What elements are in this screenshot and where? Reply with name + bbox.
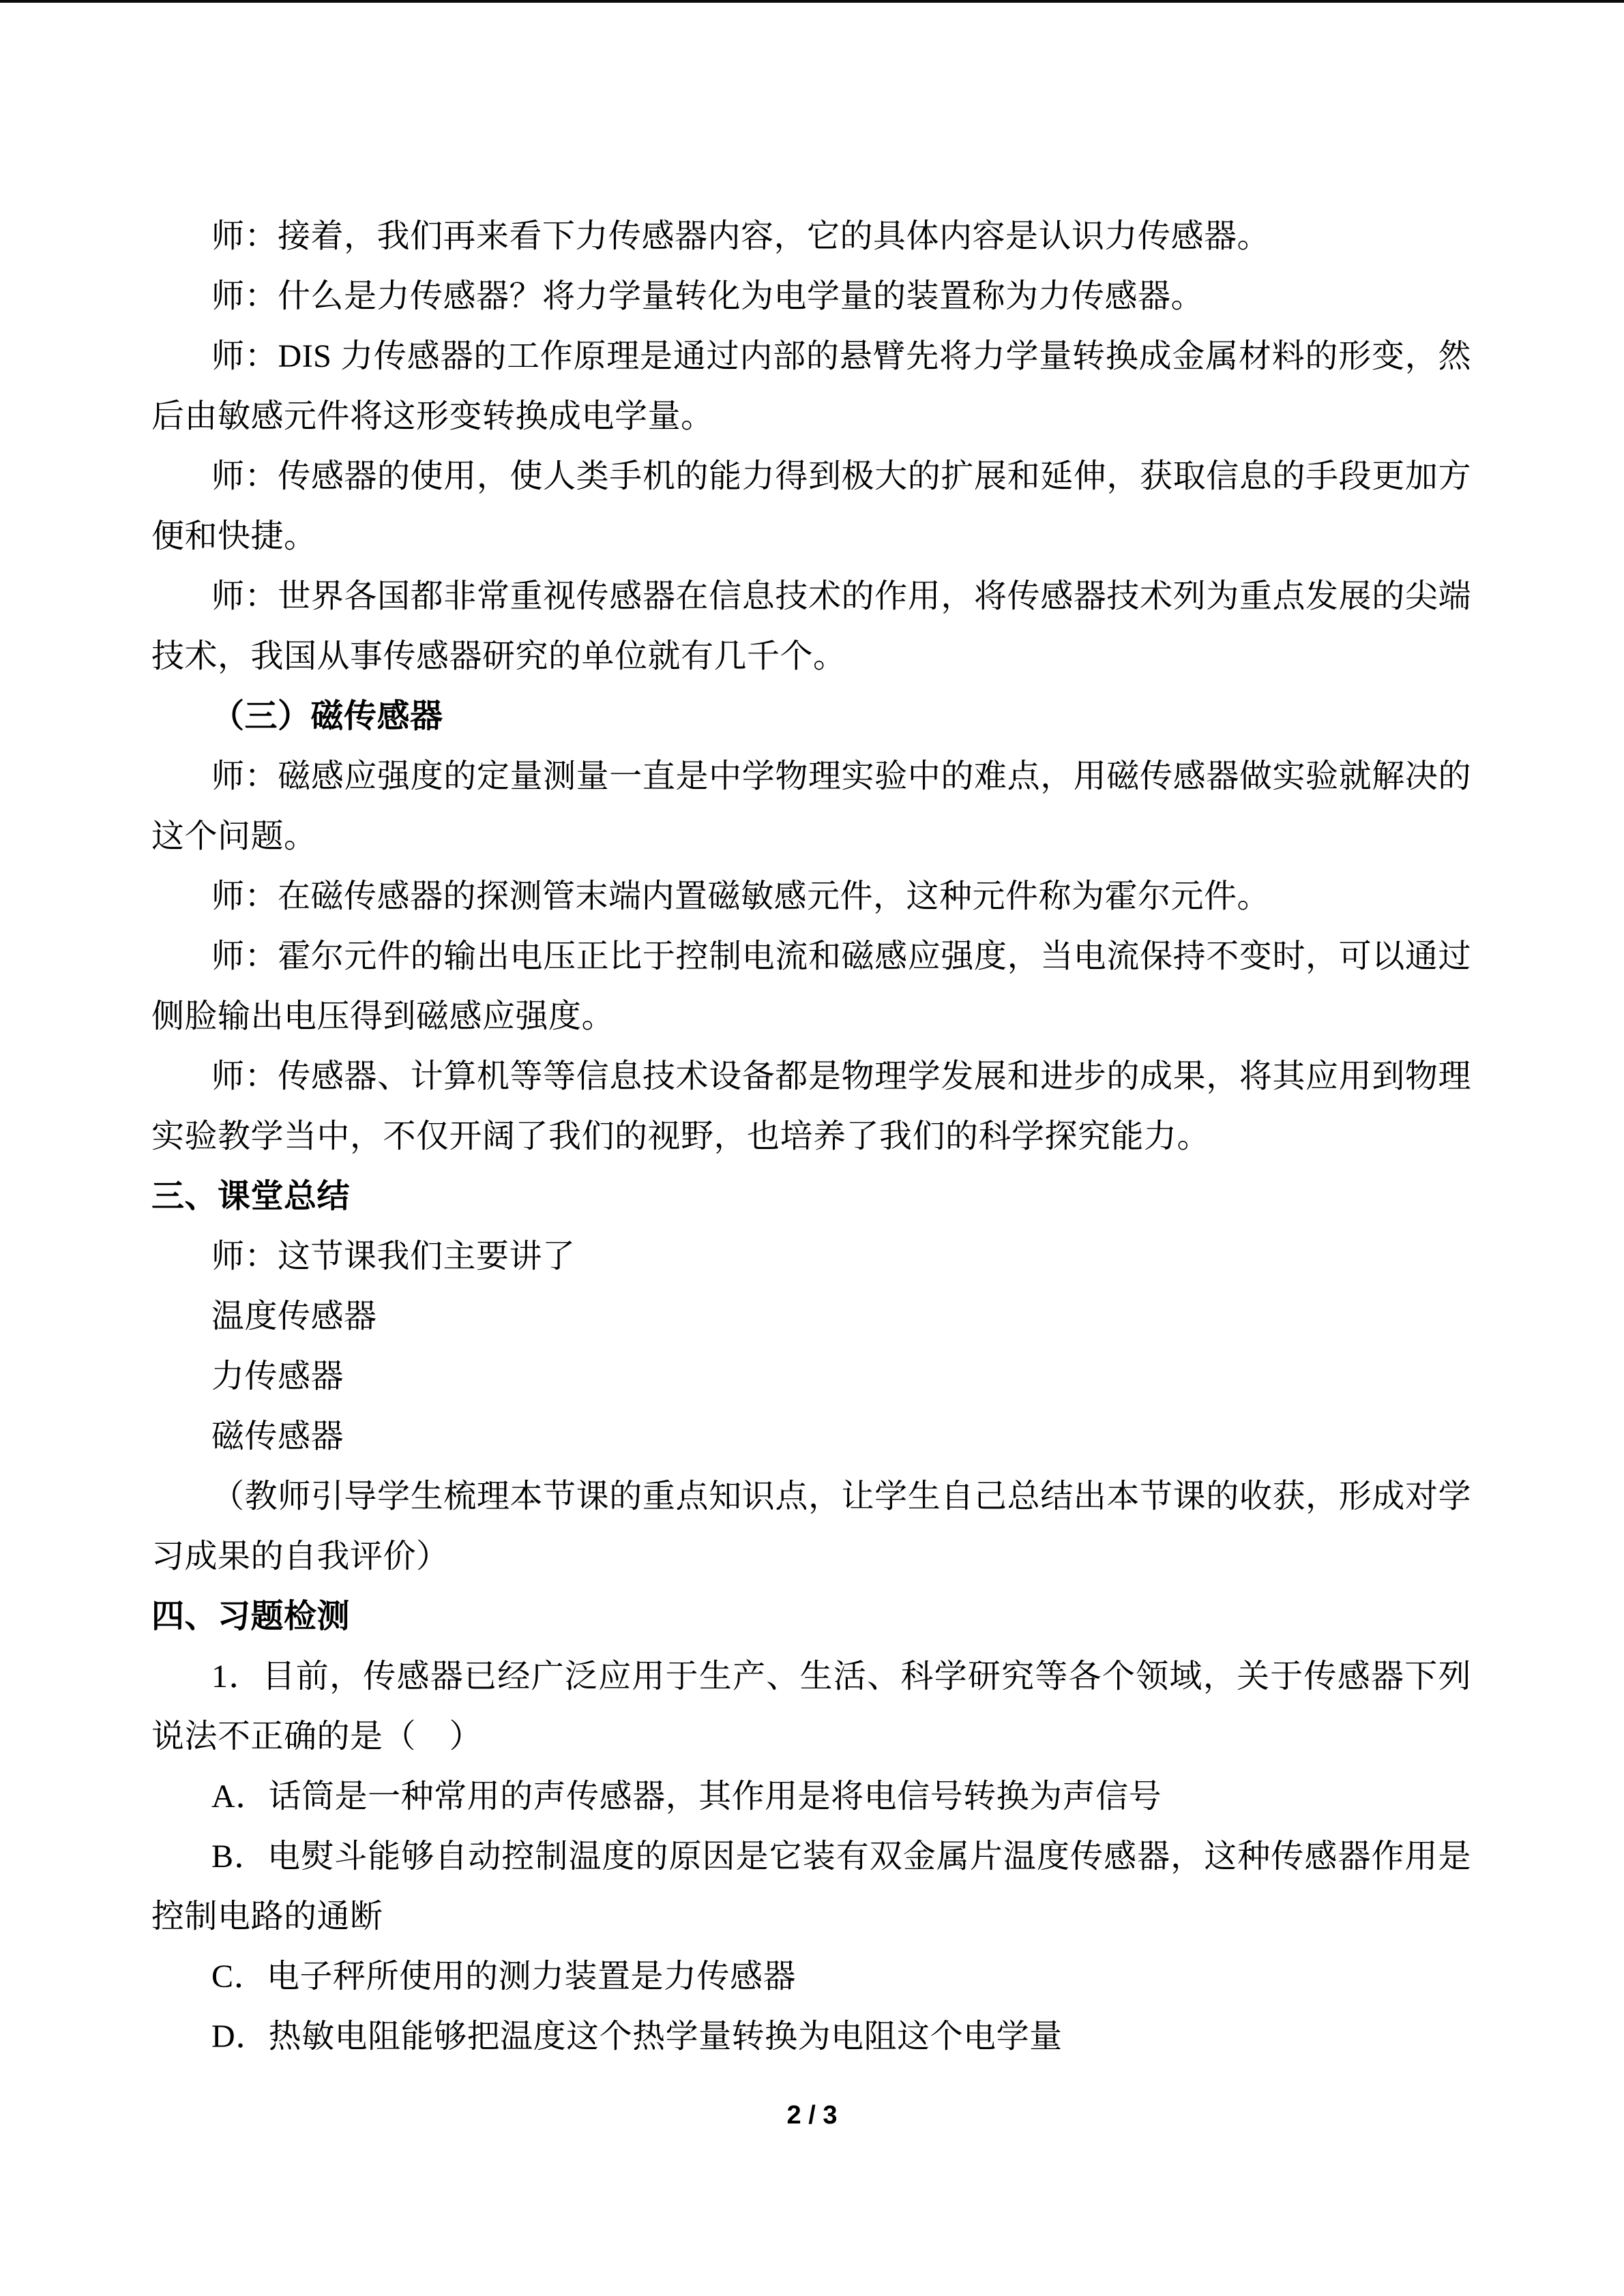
paragraph: D．热敏电阻能够把温度这个热学量转换为电阻这个电学量	[151, 2007, 1471, 2067]
paragraph: C．电子秤所使用的测力装置是力传感器	[151, 1947, 1471, 2007]
paragraph: 师：磁感应强度的定量测量一直是中学物理实验中的难点，用磁传感器做实验就解决的这个…	[151, 747, 1471, 867]
paragraph: 磁传感器	[151, 1407, 1471, 1467]
paragraph: 力传感器	[151, 1347, 1471, 1407]
page-number: 2 / 3	[0, 2099, 1624, 2132]
paragraph: 温度传感器	[151, 1287, 1471, 1347]
paragraph: 师：在磁传感器的探测管末端内置磁敏感元件，这种元件称为霍尔元件。	[151, 867, 1471, 927]
paragraph: A．话筒是一种常用的声传感器，其作用是将电信号转换为声信号	[151, 1767, 1471, 1827]
paragraph: 师：这节课我们主要讲了	[151, 1227, 1471, 1287]
paragraph: 师：DIS 力传感器的工作原理是通过内部的悬臂先将力学量转换成金属材料的形变，然…	[151, 327, 1471, 447]
paragraph: 师：什么是力传感器？将力学量转化为电学量的装置称为力传感器。	[151, 267, 1471, 327]
paragraph: 师：霍尔元件的输出电压正比于控制电流和磁感应强度，当电流保持不变时，可以通过侧脸…	[151, 927, 1471, 1047]
top-edge-line	[0, 0, 1624, 3]
paragraph: 师：传感器的使用，使人类手机的能力得到极大的扩展和延伸，获取信息的手段更加方便和…	[151, 447, 1471, 567]
section-heading: 四、习题检测	[151, 1587, 1471, 1647]
section-heading: 三、课堂总结	[151, 1167, 1471, 1227]
paragraph: 1．目前，传感器已经广泛应用于生产、生活、科学研究等各个领域，关于传感器下列说法…	[151, 1647, 1471, 1767]
paragraph: 师：传感器、计算机等等信息技术设备都是物理学发展和进步的成果，将其应用到物理实验…	[151, 1047, 1471, 1167]
document-page: 师：接着，我们再来看下力传感器内容，它的具体内容是认识力传感器。师：什么是力传感…	[0, 0, 1624, 2296]
paragraph: 师：世界各国都非常重视传感器在信息技术的作用，将传感器技术列为重点发展的尖端技术…	[151, 567, 1471, 687]
document-content: 师：接着，我们再来看下力传感器内容，它的具体内容是认识力传感器。师：什么是力传感…	[151, 207, 1471, 2067]
paragraph: （教师引导学生梳理本节课的重点知识点，让学生自己总结出本节课的收获，形成对学习成…	[151, 1467, 1471, 1587]
paragraph: B．电熨斗能够自动控制温度的原因是它装有双金属片温度传感器，这种传感器作用是控制…	[151, 1827, 1471, 1947]
paragraph: 师：接着，我们再来看下力传感器内容，它的具体内容是认识力传感器。	[151, 207, 1471, 267]
section-heading: （三）磁传感器	[151, 687, 1471, 747]
